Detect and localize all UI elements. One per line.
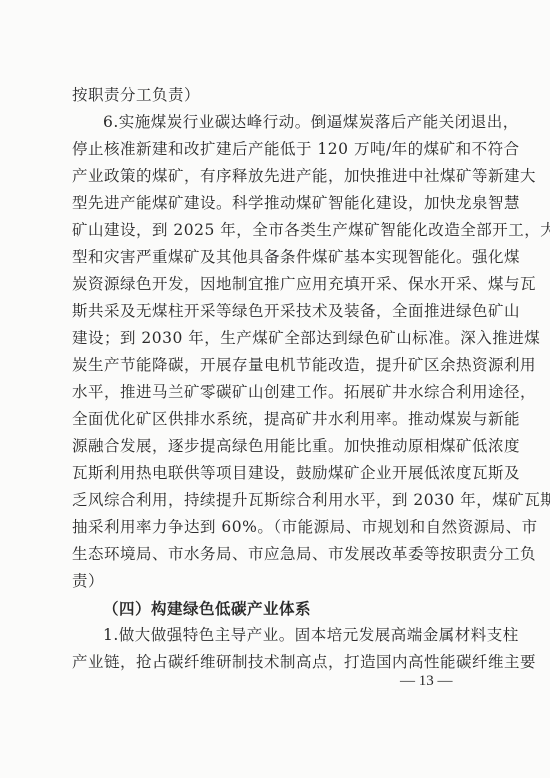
body-text-line: 停止核准新建和改扩建后产能低于 120 万吨/年的煤矿和不符合 [72,136,477,163]
body-text-line: 瓦斯利用热电联供等项目建设，鼓励煤矿企业开展低浓度瓦斯及 [72,460,477,487]
body-text-line: 水平，推进马兰矿零碳矿山创建工作。拓展矿井水综合利用途径， [72,379,477,406]
document-page: 按职责分工负责） 6.实施煤炭行业碳达峰行动。倒逼煤炭落后产能关闭退出， 停止核… [0,0,550,778]
body-text-line: 按职责分工负责） [72,82,477,109]
body-text-line: 全面优化矿区供排水系统，提高矿井水利用率。推动煤炭与新能 [72,406,477,433]
body-text-line: 矿山建设，到 2025 年，全市各类生产煤矿智能化改造全部开工，大 [72,217,477,244]
body-text-line: 炭生产节能降碳，开展存量电机节能改造，提升矿区余热资源利用 [72,352,477,379]
section-item-6-title-line: 6.实施煤炭行业碳达峰行动。倒逼煤炭落后产能关闭退出， [103,109,477,136]
body-text-line: 乏风综合利用，持续提升瓦斯综合利用水平，到 2030 年，煤矿瓦斯 [72,487,477,514]
body-text-line: 斯共采及无煤柱开采等绿色开采技术及装备，全面推进绿色矿山 [72,298,477,325]
body-text-line: 炭资源绿色开发，因地制宜推广应用充填开采、保水开采、煤与瓦 [72,271,477,298]
body-text-line: 产业政策的煤矿，有序释放先进产能，加快推进中社煤矿等新建大 [72,163,477,190]
body-text-line: 型和灾害严重煤矿及其他具备条件煤矿基本实现智能化。强化煤 [72,244,477,271]
body-text-line: 生态环境局、市水务局、市应急局、市发展改革委等按职责分工负 [72,541,477,568]
section-heading: （四）构建绿色低碳产业体系 [103,595,477,622]
body-text-line: 源融合发展，逐步提高绿色用能比重。加快推动原相煤矿低浓度 [72,433,477,460]
body-text-line: 抽采利用率力争达到 60%。（市能源局、市规划和自然资源局、市 [72,514,477,541]
body-text-line: 建设；到 2030 年，生产煤矿全部达到绿色矿山标准。深入推进煤 [72,325,477,352]
section-item-1-title-line: 1.做大做强特色主导产业。固本培元发展高端金属材料支柱 [103,622,477,649]
body-text-line: 型先进产能煤矿建设。科学推动煤矿智能化建设，加快龙泉智慧 [72,190,477,217]
page-number: — 13 — [400,668,453,695]
body-text-line: 责） [72,568,477,595]
